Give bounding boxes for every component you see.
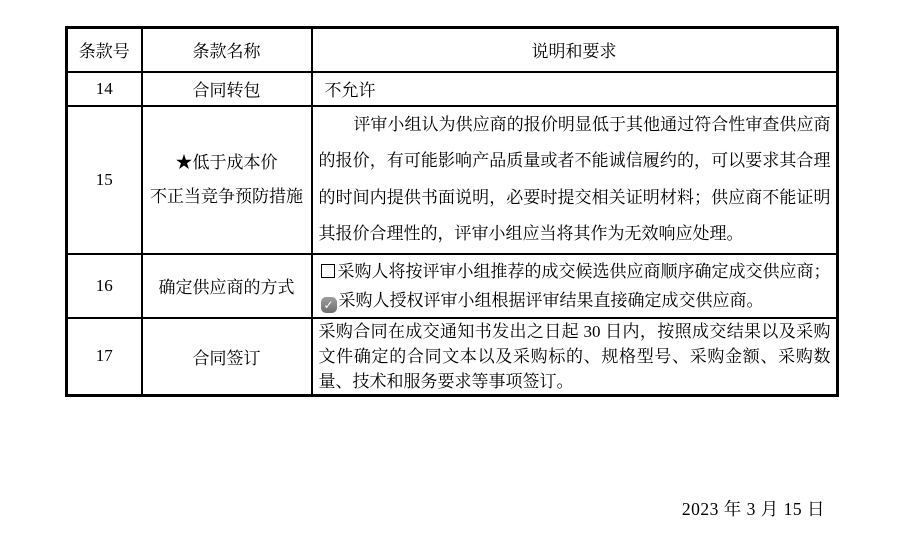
clause-16-description: 采购人将按评审小组推荐的成交候选供应商顺序确定成交供应商； ✓采购人授权评审小组… <box>312 254 838 318</box>
col-header-clause-no: 条款号 <box>67 28 142 72</box>
col-header-clause-name: 条款名称 <box>142 28 312 72</box>
document-page: 条款号 条款名称 说明和要求 14 合同转包 不允许 15 ★低于成本价 不正当… <box>0 0 908 550</box>
table-header-row: 条款号 条款名称 说明和要求 <box>67 28 838 72</box>
clause-16-name: 确定供应商的方式 <box>142 254 312 318</box>
clause-14-name: 合同转包 <box>142 72 312 106</box>
clause-17-name: 合同签订 <box>142 318 312 396</box>
clauses-table: 条款号 条款名称 说明和要求 14 合同转包 不允许 15 ★低于成本价 不正当… <box>65 26 839 397</box>
option-2-label: 采购人授权评审小组根据评审结果直接确定成交供应商。 <box>339 291 764 310</box>
document-date: 2023 年 3 月 15 日 <box>682 496 825 521</box>
option-1-label: 采购人将按评审小组推荐的成交候选供应商顺序确定成交供应商； <box>338 262 831 281</box>
clause-17-number: 17 <box>67 318 142 396</box>
clause-15-paragraph: 评审小组认为供应商的报价明显低于其他通过符合性审查供应商的报价，有可能影响产品质… <box>319 107 831 253</box>
col-header-description: 说明和要求 <box>312 28 838 72</box>
table-row-clause-16: 16 确定供应商的方式 采购人将按评审小组推荐的成交候选供应商顺序确定成交供应商… <box>67 254 838 318</box>
table-row-clause-14: 14 合同转包 不允许 <box>67 72 838 106</box>
clause-15-number: 15 <box>67 106 142 254</box>
clause-15-name-line2: 不正当竞争预防措施 <box>143 180 311 214</box>
clause-15-name: ★低于成本价 不正当竞争预防措施 <box>142 106 312 254</box>
checkbox-checked-icon: ✓ <box>321 297 337 313</box>
supplier-determination-option-2: ✓采购人授权评审小组根据评审结果直接确定成交供应商。 <box>321 286 831 315</box>
clause-14-description: 不允许 <box>312 72 838 106</box>
clause-14-number: 14 <box>67 72 142 106</box>
clause-17-description: 采购合同在成交通知书发出之日起 30 日内，按照成交结果以及采购文件确定的合同文… <box>312 318 838 396</box>
supplier-determination-option-1: 采购人将按评审小组推荐的成交候选供应商顺序确定成交供应商； <box>321 257 831 286</box>
table-row-clause-15: 15 ★低于成本价 不正当竞争预防措施 评审小组认为供应商的报价明显低于其他通过… <box>67 106 838 254</box>
clause-15-description: 评审小组认为供应商的报价明显低于其他通过符合性审查供应商的报价，有可能影响产品质… <box>312 106 838 254</box>
clause-17-paragraph: 采购合同在成交通知书发出之日起 30 日内，按照成交结果以及采购文件确定的合同文… <box>319 319 831 394</box>
checkbox-unchecked-icon <box>321 264 335 278</box>
clause-15-name-line1: ★低于成本价 <box>143 146 311 180</box>
table-row-clause-17: 17 合同签订 采购合同在成交通知书发出之日起 30 日内，按照成交结果以及采购… <box>67 318 838 396</box>
clause-16-number: 16 <box>67 254 142 318</box>
